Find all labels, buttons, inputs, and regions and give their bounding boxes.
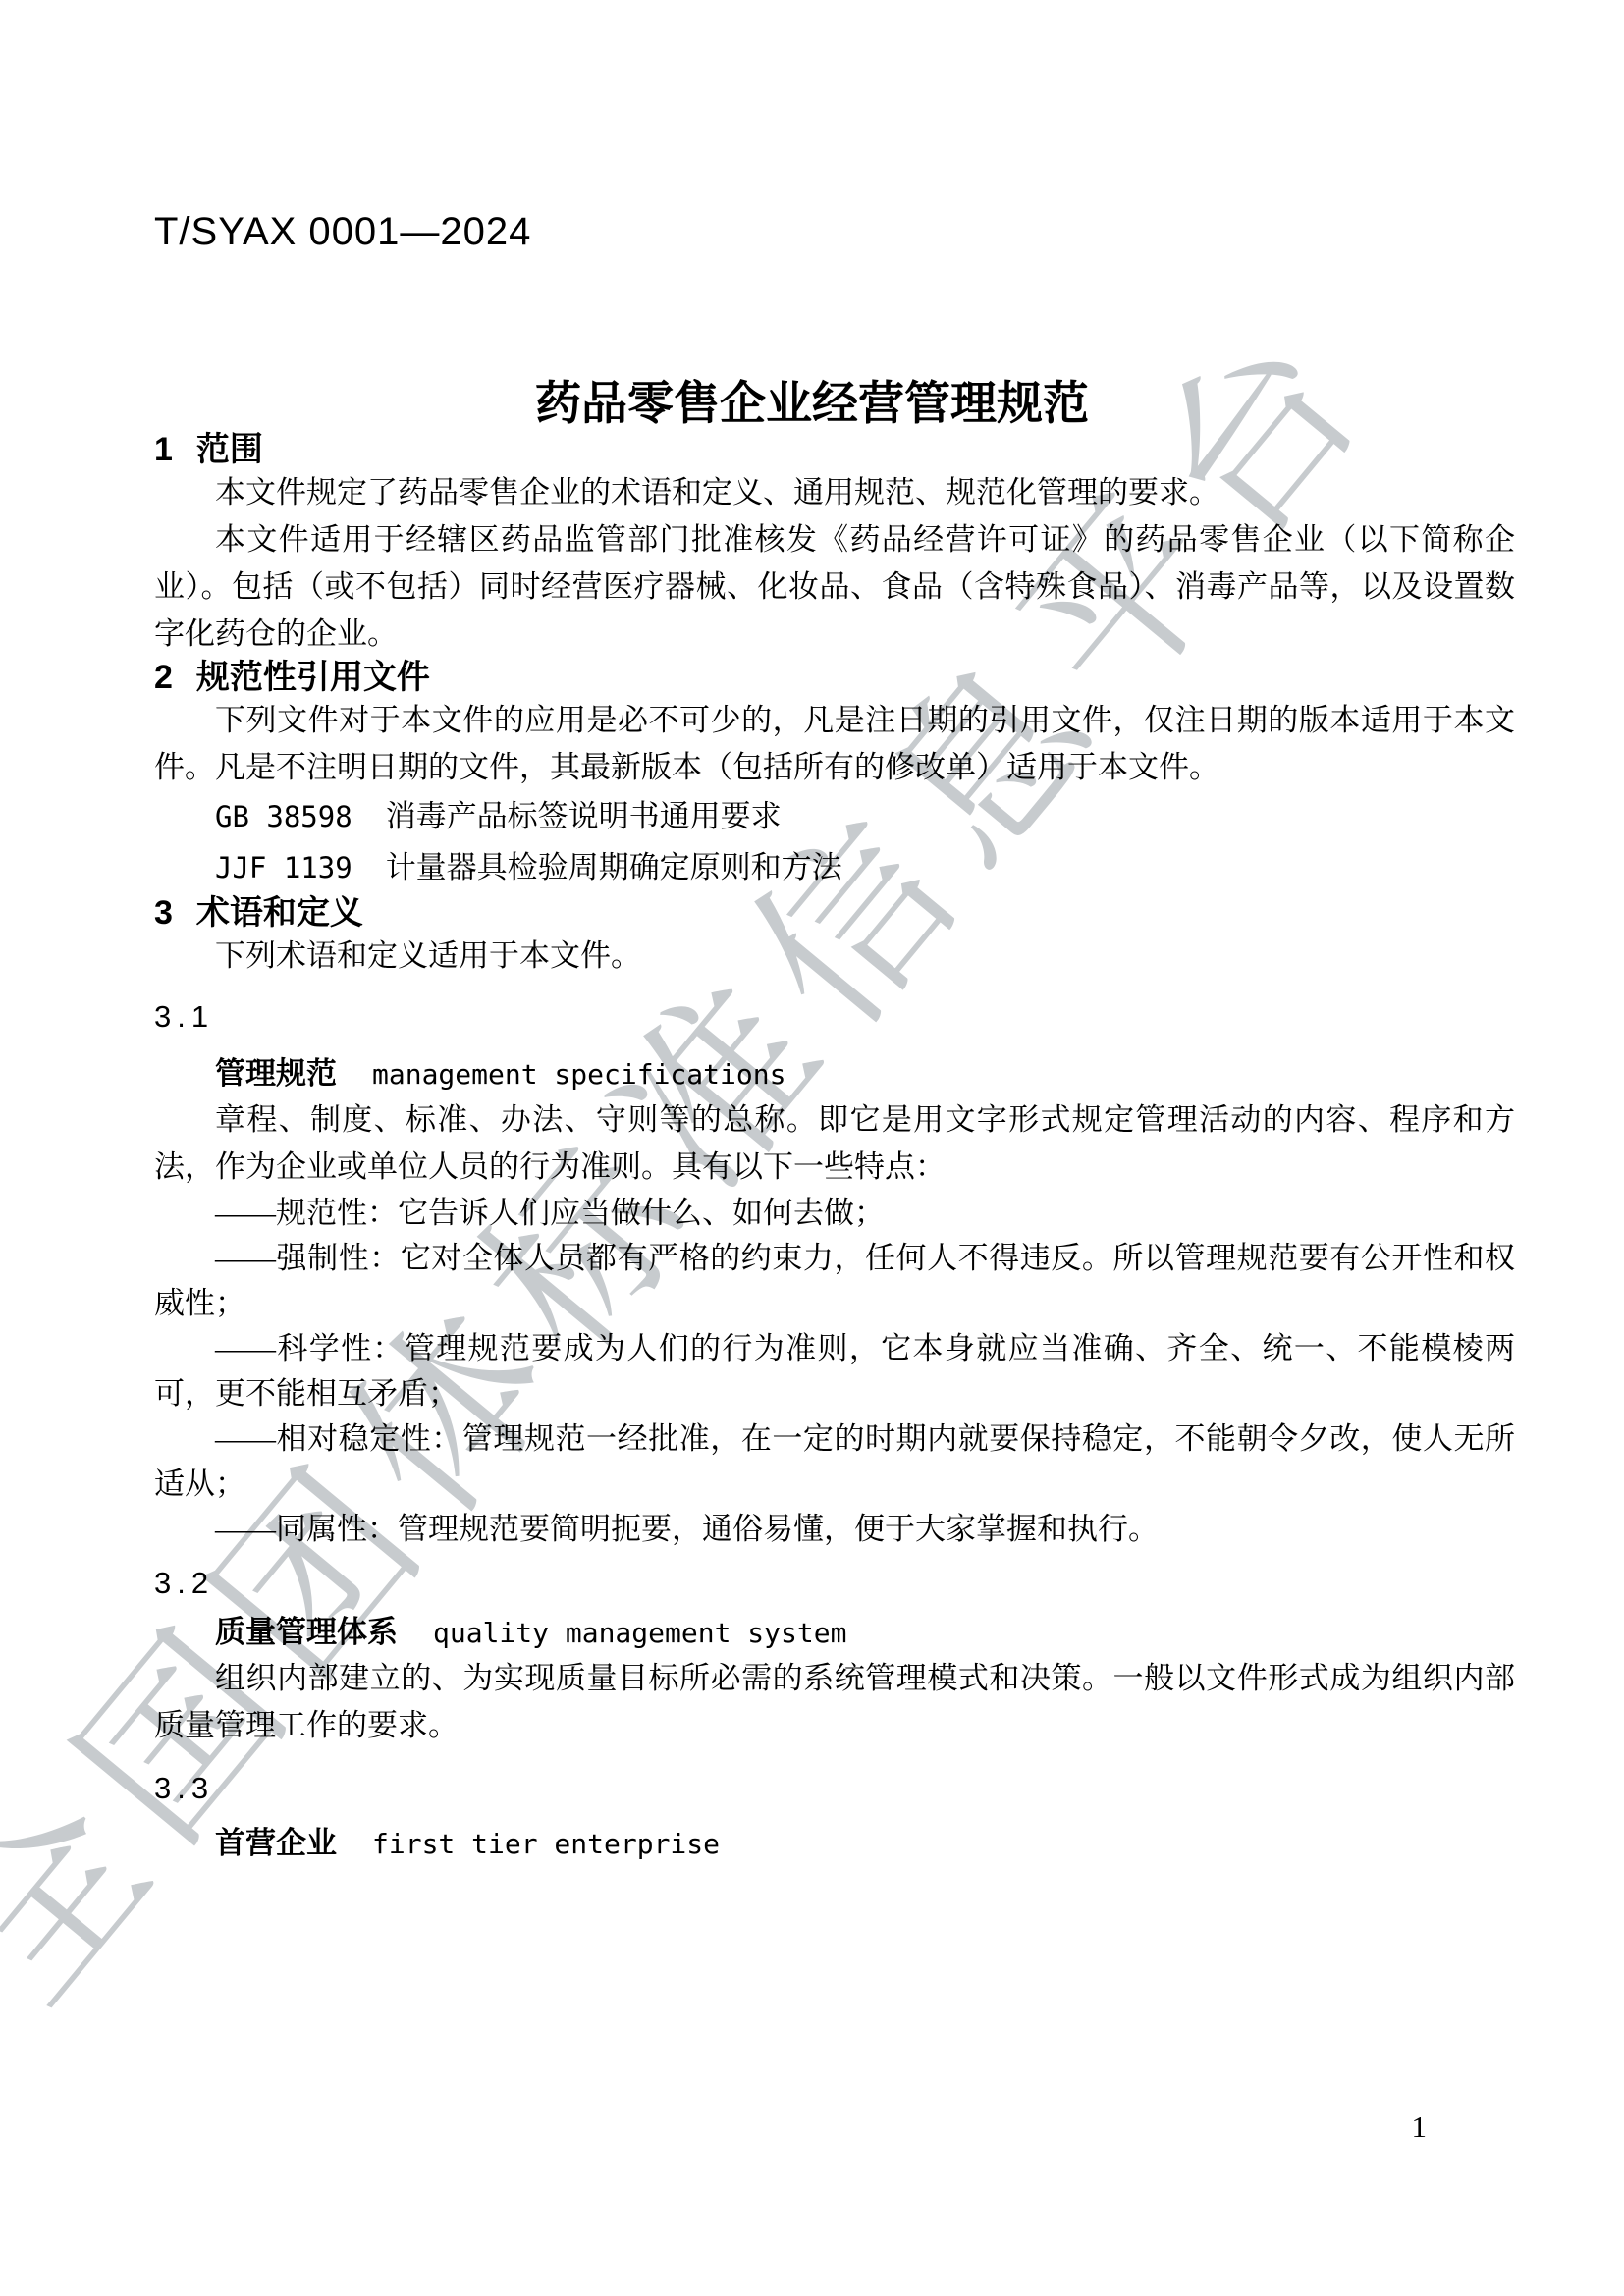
section-2-title: 规范性引用文件 — [196, 659, 430, 696]
reference-title: 计量器具检验周期确定原则和方法 — [386, 850, 842, 884]
reference-title: 消毒产品标签说明书通用要求 — [386, 799, 782, 833]
section-2-number: 2 — [154, 659, 173, 696]
reference-code: GB 38598 — [215, 800, 352, 833]
term-line: 质量管理体系quality management system — [215, 1611, 1515, 1655]
paragraph: 组织内部建立的、为实现质量目标所必需的系统管理模式和决策。一般以文件形式成为组织… — [154, 1655, 1515, 1749]
reference-item: JJF 1139计量器具检验周期确定原则和方法 — [215, 842, 1515, 893]
section-2-heading: 2规范性引用文件 — [154, 658, 1515, 697]
section-1-heading: 1范围 — [154, 430, 1515, 469]
paragraph: 章程、制度、标准、办法、守则等的总称。即它是用文字形式规定管理活动的内容、程序和… — [154, 1096, 1515, 1191]
section-3-title: 术语和定义 — [196, 894, 363, 932]
doc-code: T/SYAX 0001—2024 — [154, 209, 1515, 254]
term-line: 管理规范management specifications — [215, 1052, 1515, 1096]
term-english: first tier enterprise — [372, 1828, 720, 1860]
feature-list: ——规范性：它告诉人们应当做什么、如何去做； ——强制性：它对全体人员都有严格的… — [154, 1191, 1515, 1552]
paragraph: 下列文件对于本文件的应用是必不可少的，凡是注日期的引用文件，仅注日期的版本适用于… — [154, 697, 1515, 791]
page-number: 1 — [1412, 2110, 1428, 2144]
feature-item: ——强制性：它对全体人员都有严格的约束力，任何人不得违反。所以管理规范要有公开性… — [154, 1236, 1515, 1326]
term-chinese: 首营企业 — [215, 1826, 337, 1860]
feature-item: ——规范性：它告诉人们应当做什么、如何去做； — [154, 1191, 1515, 1236]
section-3-heading: 3术语和定义 — [154, 893, 1515, 933]
feature-item: ——科学性：管理规范要成为人们的行为准则，它本身就应当准确、齐全、统一、不能模棱… — [154, 1326, 1515, 1416]
term-chinese: 质量管理体系 — [215, 1615, 398, 1649]
clause-number: 3.2 — [154, 1560, 1515, 1607]
document-page: 全国团体标准信息平台 T/SYAX 0001—2024 药品零售企业经营管理规范… — [0, 0, 1624, 2296]
paragraph: 本文件适用于经辖区药品监管部门批准核发《药品经营许可证》的药品零售企业（以下简称… — [154, 516, 1515, 658]
section-1-title: 范围 — [196, 431, 263, 468]
reference-item: GB 38598消毒产品标签说明书通用要求 — [215, 791, 1515, 842]
term-line: 首营企业first tier enterprise — [215, 1822, 1515, 1866]
feature-item: ——同属性：管理规范要简明扼要，通俗易懂，便于大家掌握和执行。 — [154, 1507, 1515, 1552]
term-chinese: 管理规范 — [215, 1056, 337, 1091]
section-3-number: 3 — [154, 894, 173, 932]
term-english: quality management system — [433, 1617, 846, 1649]
clause-number: 3.3 — [154, 1765, 1515, 1812]
feature-item: ——相对稳定性：管理规范一经批准，在一定的时期内就要保持稳定，不能朝令夕改，使人… — [154, 1416, 1515, 1507]
reference-code: JJF 1139 — [215, 851, 352, 884]
term-english: management specifications — [372, 1058, 785, 1091]
paragraph: 下列术语和定义适用于本文件。 — [154, 933, 1515, 980]
page-title: 药品零售企业经营管理规范 — [132, 377, 1492, 430]
page-content: T/SYAX 0001—2024 药品零售企业经营管理规范 1范围 本文件规定了… — [154, 209, 1515, 1866]
section-1-number: 1 — [154, 431, 173, 468]
clause-number: 3.1 — [154, 993, 1515, 1041]
paragraph: 本文件规定了药品零售企业的术语和定义、通用规范、规范化管理的要求。 — [154, 469, 1515, 516]
